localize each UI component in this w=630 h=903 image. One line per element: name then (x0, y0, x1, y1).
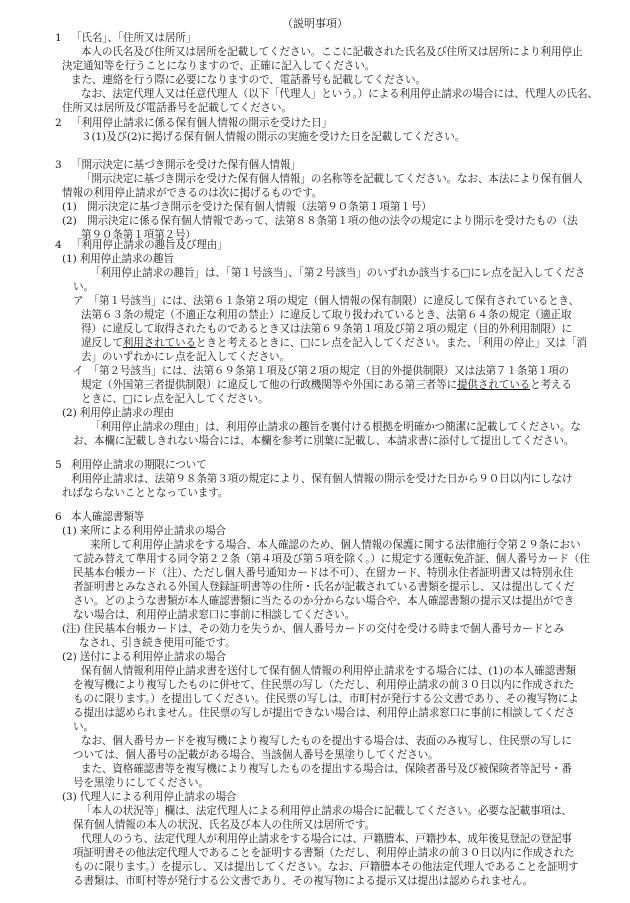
section-number: 3 (55, 159, 62, 173)
section-heading: 「開示決定に基づき開示を受けた保有個人情報」 (71, 159, 301, 173)
section-number: 1 (55, 32, 62, 46)
paragraph-line: い。 (73, 721, 94, 735)
paragraph-line: さい。どのような書類が本人確認書類に当たるのか分からない場合や、本人確認書類の提… (73, 595, 574, 609)
paragraph-line: 規定（外国第三者提供制限）に違反して他の行政機関等や外国にある第三者等に提供され… (81, 379, 572, 393)
paragraph-line: ればならないこととなっています。 (62, 487, 228, 501)
paragraph-line: 法第６３条の規定（不適正な利用の禁止）に違反して取り扱われているとき、法第６４条… (81, 309, 571, 323)
paragraph-line: て読み替えて準用する同令第２２条（第４項及び第５項を除く。）に規定する運転免許証… (73, 553, 590, 567)
subsection-heading: (1) 利用停止請求の趣旨 (62, 253, 174, 267)
paragraph-line: 民基本台帳カード（注）、ただし個人番号通知カードは不可）、在留カード、特別永住者… (73, 567, 573, 581)
paragraph-line: 本人の氏名及び住所又は居所を記載してください。ここに記載された氏名及び住所又は居… (81, 46, 582, 60)
paragraph-line: お、本欄に記載しきれない場合には、本欄を参考に別葉に記載し、本請求書に添付して提… (73, 435, 574, 449)
section-number: 2 (55, 117, 62, 131)
paragraph-line: ものに限ります。）を提示し、又は提出してください。なお、戸籍謄本その他法定代理人… (73, 861, 579, 875)
paragraph-line: また、連絡を行う際に必要になりますので、電話番号も記載してください。 (71, 74, 426, 88)
paragraph-line: 保有個人情報利用停止請求書を送付して保有個人情報の利用停止請求をする場合には、(… (81, 665, 576, 679)
list-item: (1) 開示決定に基づき開示を受けた保有個人情報（法第９０条第１項第１号） (62, 201, 432, 215)
section-heading: 「氏名」、「住所又は居所」 (71, 32, 196, 46)
paragraph-line: なお、法定代理人又は任意代理人（以下「代理人」という。）による利用停止請求の場合… (81, 88, 598, 102)
subsection-heading: (2) 利用停止請求の理由 (62, 407, 174, 421)
section-heading: 「利用停止請求に係る保有個人情報の開示を受けた日」 (71, 117, 332, 131)
paragraph-line: 代理人のうち、法定代理人が利用停止請求をする場合には、戸籍謄本、戸籍抄本、成年後… (81, 833, 572, 847)
paragraph-line: また、資格確認書等を複写機により複写したものを提出する場合は、保険者番号及び被保… (81, 763, 572, 777)
paragraph-line: 「利用停止請求の趣旨」は、「第１号該当」、「第２号該当」のいずれか該当する□にレ… (90, 267, 585, 281)
paragraph-line: ない場合は、利用停止請求窓口に事前に相談してください。 (73, 609, 355, 623)
paragraph-line: る書類は、市町村等が発行する公文書であり、その複写物による提示又は提出は認められ… (73, 875, 533, 889)
section-heading: 利用停止請求の期限について (71, 459, 207, 473)
paragraph-line: ついては、個人番号の記載がある場合、当該個人番号を黒塗りしてください。 (73, 749, 439, 763)
paragraph-line: 項証明書その他法定代理人であることを証明する書類（ただし、利用停止請求の前３０日… (73, 847, 574, 861)
section-heading: 本人確認書類等 (71, 511, 144, 525)
paragraph-line: 号を黒塗りにしてください。 (73, 777, 209, 791)
paragraph-line: 去」のいずれかにレ点を記入してください。 (81, 351, 290, 365)
note-line: なされ、引き続き使用可能です。 (79, 637, 235, 651)
list-item: ア 「第１号該当」には、法第６１条第２項の規定（個人情報の保有制限）に違反して保… (73, 295, 579, 309)
section-number: 4 (55, 239, 62, 253)
section-number: 5 (55, 459, 62, 473)
paragraph-line: る提出は認められません。住民票の写しが提出できない場合は、利用停止請求窓口に事前… (73, 707, 575, 721)
paragraph-line: い。 (73, 281, 94, 295)
subsection-heading: (3) 代理人による利用停止請求の場合 (62, 791, 236, 805)
paragraph-line: なお、個人番号カードを複写機により複写したものを提出する場合は、表面のみ複写し、… (81, 735, 572, 749)
paragraph-line: ものに限ります。）を提出してください。住民票の写しは、市町村が発行する公文書であ… (73, 693, 579, 707)
paragraph-line: 保有個人情報の本人の状況、氏名及び本人の住所又は居所です。 (73, 819, 375, 833)
section-heading: 「利用停止請求の趣旨及び理由」 (71, 239, 228, 253)
paragraph-line: 「本人の状況等」欄は、法定代理人による利用停止請求の場合に記載してください。必要… (81, 805, 572, 819)
paragraph-line: 来所して利用停止請求をする場合、本人確認のため、個人情報の保護に関する法律施行令… (90, 539, 580, 553)
paragraph-line: 決定通知等を行うことになりますので、正確に記入してください。 (62, 60, 375, 74)
paragraph-line: 情報の利用停止請求ができるのは次に掲げるものです。 (62, 187, 322, 201)
document-title: （説明事項） (0, 17, 630, 31)
subsection-heading: (2) 送付による利用停止請求の場合 (62, 651, 226, 665)
paragraph-line: ３(1)及び(2)に掲げる保有個人情報の開示の実施を受けた日を記載してください。 (81, 131, 465, 145)
paragraph-line: を複写機により複写したものに併せて、住民票の写し（ただし、利用停止請求の前３０日… (73, 679, 574, 693)
list-item: イ 「第２号該当」には、法第６９条第１項及び第２項の規定（目的外提供制限）又は法… (73, 365, 569, 379)
paragraph-line: ときに、□にレ点を記入してください。 (81, 393, 268, 407)
paragraph-line: 得）に違反して取得されたものであるとき又は法第６９条第１項及び第２項の規定（目的… (81, 323, 572, 337)
paragraph-line: 利用停止請求は、法第９８条第３項の規定により、保有個人情報の開示を受けた日から９… (71, 473, 572, 487)
paragraph-line: 住所又は居所及び電話番号を記載してください。 (62, 102, 292, 116)
list-item: (2) 開示決定に係る保有個人情報であって、法第８８条第１項の他の法令の規定によ… (62, 215, 578, 229)
underlined-phrase: 利用されている (123, 337, 196, 349)
paragraph-line: 違反して利用されているときと考えるときに、□にレ点を記入してください。また、「利… (81, 337, 587, 351)
paragraph-line: 「利用停止請求の理由」は、利用停止請求の趣旨を裏付ける根拠を明確かつ簡潔に記載し… (90, 421, 581, 435)
subsection-heading: (1) 来所による利用停止請求の場合 (62, 525, 226, 539)
underlined-phrase: 提供されている (457, 379, 530, 391)
paragraph-line: 者証明書とみなされる外国人登録証明書等の住所・氏名が記載されている書類を提示し、… (73, 581, 574, 595)
paragraph-line: 「開示決定に基づき開示を受けた保有個人情報」の名称等を記載してください。なお、本… (81, 173, 582, 187)
note-line: (注) 住民基本台帳カードは、その効力を失うか、個人番号カードの交付を受ける時ま… (62, 623, 564, 637)
section-number: 6 (55, 511, 62, 525)
